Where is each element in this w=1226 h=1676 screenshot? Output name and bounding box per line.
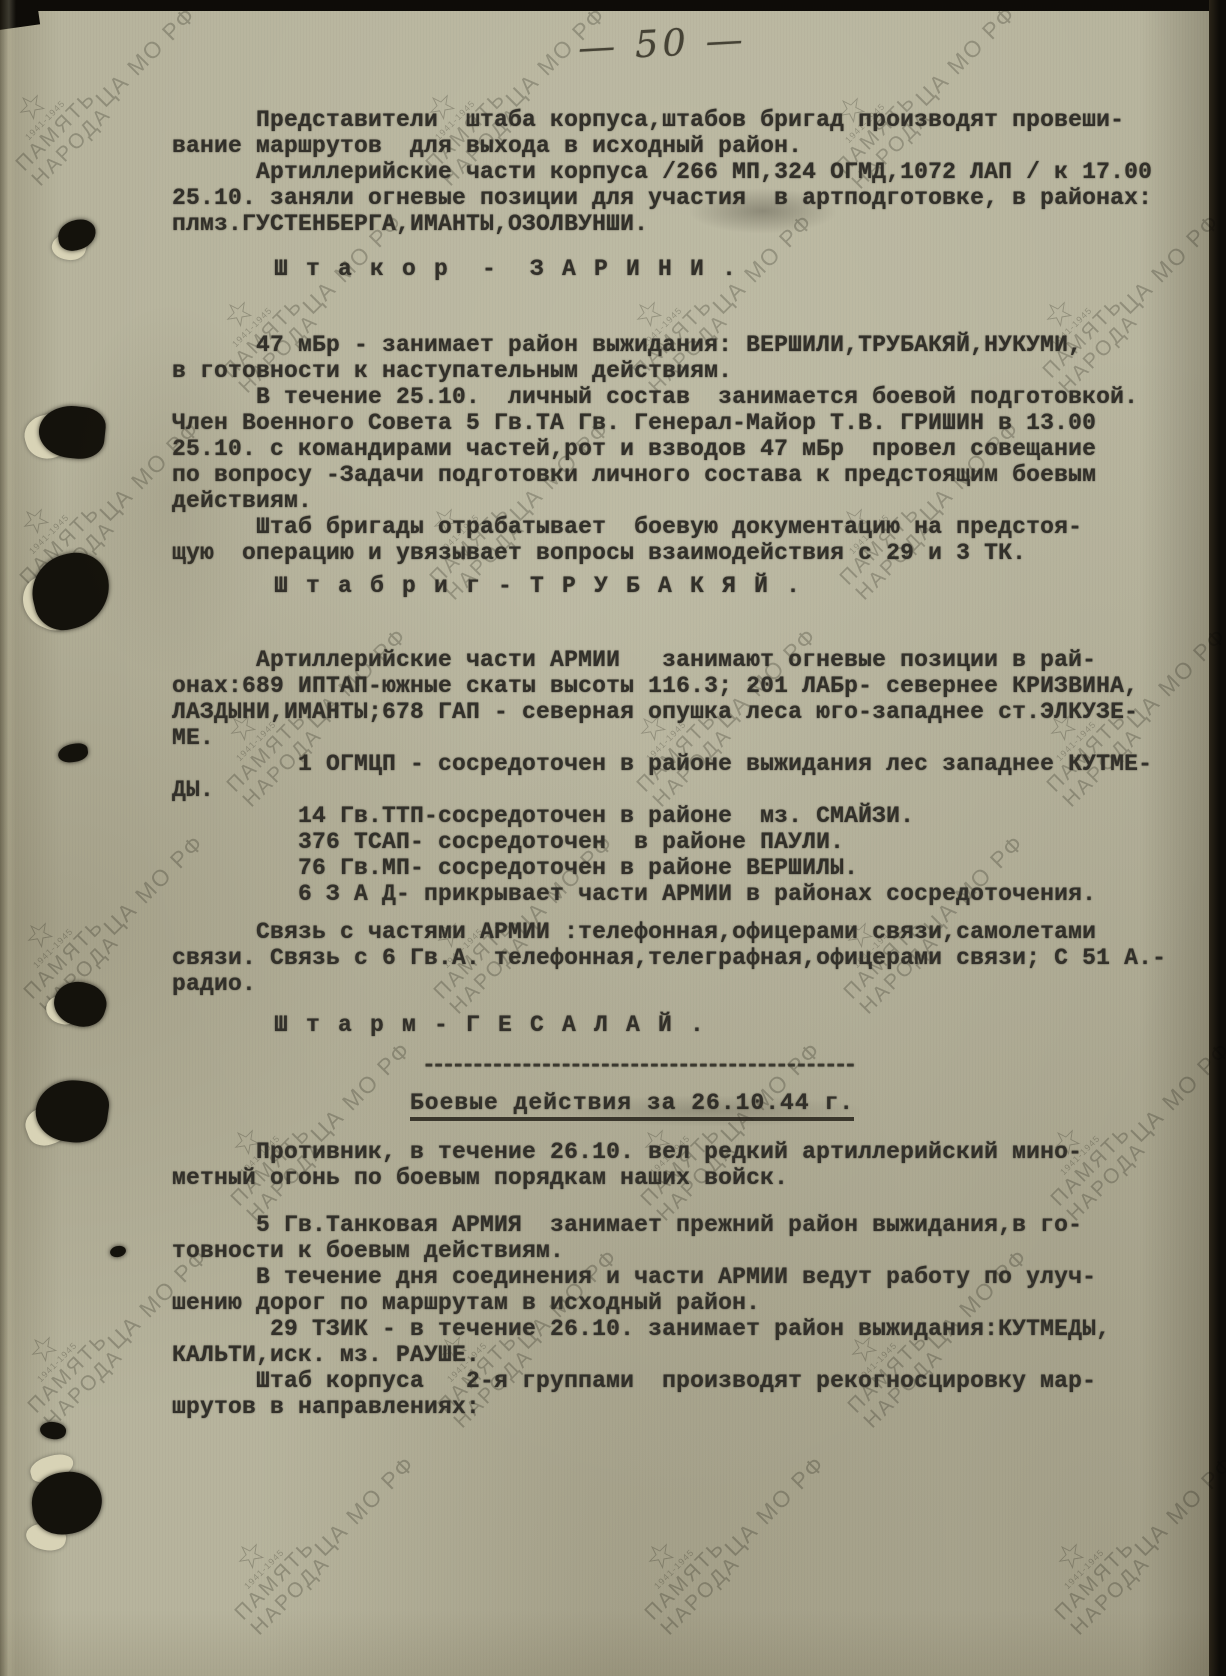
typed-line: Член Военного Совета 5 Гв.ТА Гв. Генерал… [172,410,1138,436]
typed-line: 47 мБр - занимает район выжидания: ВЕРШИ… [172,332,1138,358]
typed-line: шрутов в направлениях: [172,1394,1110,1420]
paragraph: Артиллерийские части АРМИИ занимают огне… [172,647,1152,907]
typed-line: 376 ТСАП- сосредоточен в районе ПАУЛИ. [172,829,1152,855]
typed-line: щую операцию и увязывает вопросы взаимод… [172,540,1138,566]
paragraph: Связь с частями АРМИИ :телефонная,офицер… [172,919,1166,997]
typed-separator: ----------------------------------------… [422,1052,853,1078]
paragraph: Противник, в течение 26.10. вел редкий а… [172,1139,1082,1191]
paragraph: 5 Гв.Танковая АРМИЯ занимает прежний рай… [172,1212,1110,1420]
typed-line: плмз.ГУСТЕНБЕРГА,ИМАНТЫ,ОЗОЛВУНШИ. [172,211,1152,237]
typed-line: 25.10. с командирами частей,рот и взводо… [172,436,1138,462]
typed-line: Представители штаба корпуса,штабов брига… [172,107,1152,133]
typed-line: радио. [172,971,1166,997]
typed-line: 14 Гв.ТТП-сосредоточен в районе мз. СМАЙ… [172,803,1152,829]
typed-line: Артиллерийские части АРМИИ занимают огне… [172,647,1152,673]
typed-line: В течение 25.10. личный состав занимаетс… [172,384,1138,410]
typed-line: вание маршрутов для выхода в исходный ра… [172,133,1152,159]
paragraph: Представители штаба корпуса,штабов брига… [172,107,1152,237]
typed-line: МЕ. [172,725,1152,751]
typed-line: Противник, в течение 26.10. вел редкий а… [172,1139,1082,1165]
typed-line: 25.10. заняли огневые позиции для участи… [172,185,1152,211]
typed-line: в готовности к наступательным действиям. [172,358,1138,384]
typed-line: 29 ТЗИК - в течение 26.10. занимает райо… [172,1316,1110,1342]
typed-line: по вопросу -Задачи подготовки личного со… [172,462,1138,488]
typed-line: метный огонь по боевым порядкам наших во… [172,1165,1082,1191]
typed-line: ----------------------------------------… [422,1052,853,1078]
typed-line: онах:689 ИПТАП-южные скаты высоты 116.3;… [172,673,1152,699]
typed-line: Связь с частями АРМИИ :телефонная,офицер… [172,919,1166,945]
typed-line: шению дорог по маршрутам в исходный райо… [172,1290,1110,1316]
typed-line: 5 Гв.Танковая АРМИЯ занимает прежний рай… [172,1212,1110,1238]
section-heading: Ш т а р м - Г Е С А Л А Й . [274,1012,706,1038]
typed-line: В течение дня соединения и части АРМИИ в… [172,1264,1110,1290]
section-heading: Ш т а к о р - З А Р И Н И . [274,256,738,282]
typed-line: Боевые действия за 26.10.44 г. [410,1090,854,1116]
typed-line: ЛАЗДЫНИ,ИМАНТЫ;678 ГАП - северная опушка… [172,699,1152,725]
typed-line: Ш т а к о р - З А Р И Н И . [274,256,738,282]
scanned-document-page: ЦА МО РФЦА МО РФЦА МО РФ☆1941-1945ПАМЯТЬ… [0,0,1226,1676]
typed-line: Штаб бригады отрабатывает боевую докумен… [172,514,1138,540]
typed-line: КАЛЬТИ,иск. мз. РАУШЕ. [172,1342,1110,1368]
typed-line: связи. Связь с 6 Гв.А. телефонная,телегр… [172,945,1166,971]
typed-line: ДЫ. [172,777,1152,803]
typed-line: товности к боевым действиям. [172,1238,1110,1264]
section-heading: Ш т а б р и г - Т Р У Б А К Я Й . [274,573,802,599]
typed-line: Ш т а р м - Г Е С А Л А Й . [274,1012,706,1038]
typed-line: Артиллерийские части корпуса /266 МП,324… [172,159,1152,185]
typed-line: действиям. [172,488,1138,514]
typed-line: 1 ОГМЦП - сосредоточен в районе выжидани… [172,751,1152,777]
typed-line: 76 Гв.МП- сосредоточен в районе ВЕРШИЛЫ. [172,855,1152,881]
section-heading: Боевые действия за 26.10.44 г. [410,1090,854,1116]
typed-line: Штаб корпуса 2-я группами производят рек… [172,1368,1110,1394]
typed-line: Ш т а б р и г - Т Р У Б А К Я Й . [274,573,802,599]
typed-text-layer: Представители штаба корпуса,штабов брига… [0,0,1226,1676]
typed-line: 6 З А Д- прикрывает части АРМИИ в района… [172,881,1152,907]
paragraph: 47 мБр - занимает район выжидания: ВЕРШИ… [172,332,1138,566]
